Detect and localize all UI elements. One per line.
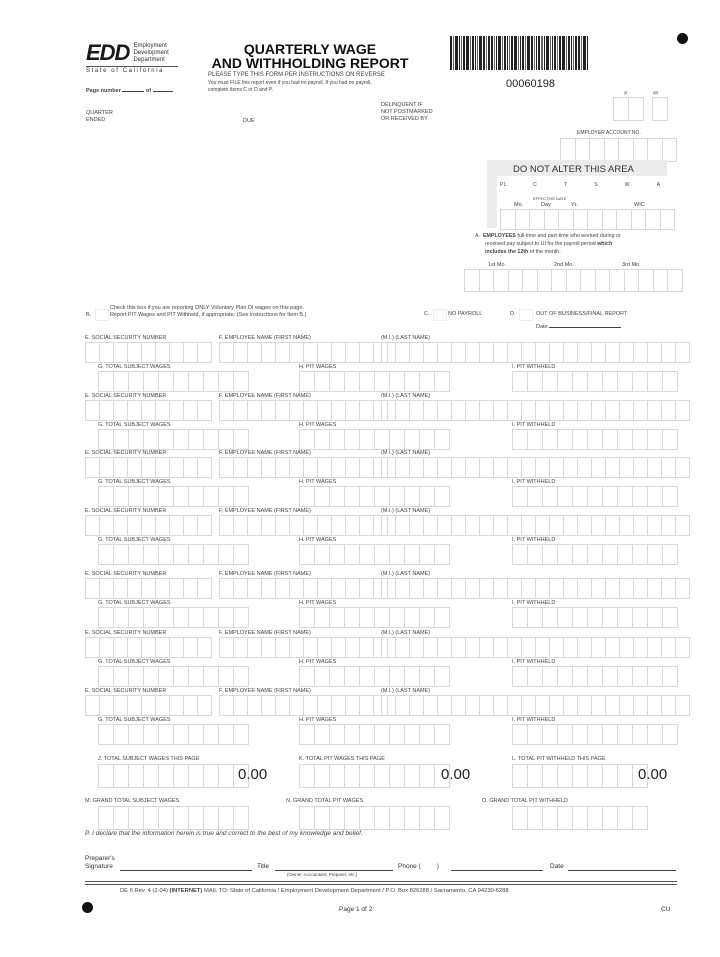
total-j-boxes[interactable]	[98, 764, 249, 788]
employee-count-boxes[interactable]	[464, 269, 683, 292]
total-k-label: K. TOTAL PIT WAGES THIS PAGE	[299, 756, 385, 762]
pit-withheld-label: I. PIT WITHHELD	[512, 600, 555, 606]
no-payroll-label: NO PAYROLL	[448, 311, 482, 317]
subject-wages-label: G. TOTAL SUBJECT WAGES	[98, 717, 171, 723]
of-label: of	[146, 88, 151, 94]
code-label: P1	[500, 182, 506, 188]
footer-mail-to: DE 6 Rev. 4 (2-04) (INTERNET) MAIL TO: S…	[120, 888, 509, 894]
page-number-input[interactable]	[122, 91, 144, 92]
pit-wages-boxes[interactable]	[299, 486, 450, 507]
last-name-boxes[interactable]	[381, 578, 690, 599]
subject-wages-boxes[interactable]	[98, 429, 249, 450]
pit-withheld-boxes[interactable]	[512, 544, 678, 565]
last-name-label: (M.I.) (LAST NAME)	[381, 630, 430, 636]
logo-dept-line: Employment	[133, 43, 168, 50]
payroll-instruction-1: You must FILE this report even if you ha…	[208, 80, 372, 86]
date-input[interactable]	[568, 862, 676, 871]
form-title: QUARTERLY WAGE AND WITHHOLDING REPORT	[200, 42, 420, 70]
ssn-label: E. SOCIAL SECURITY NUMBER	[85, 630, 166, 636]
first-name-label: F. EMPLOYEE NAME (FIRST NAME)	[219, 508, 311, 514]
first-name-boxes[interactable]	[219, 457, 388, 478]
pit-wages-label: H. PIT WAGES	[299, 537, 336, 543]
grand-total-n-label: N. GRAND TOTAL PIT WAGES	[286, 798, 363, 804]
grand-total-o-label: O. GRAND TOTAL PIT WITHHELD	[482, 798, 568, 804]
ssn-label: E. SOCIAL SECURITY NUMBER	[85, 571, 166, 577]
subject-wages-label: G. TOTAL SUBJECT WAGES	[98, 479, 171, 485]
ssn-boxes[interactable]	[85, 695, 212, 716]
footer-rule-1	[85, 881, 677, 882]
title-line-1: QUARTERLY WAGE	[200, 42, 420, 56]
first-name-label: F. EMPLOYEE NAME (FIRST NAME)	[219, 571, 311, 577]
page-total-input[interactable]	[153, 91, 173, 92]
subject-wages-boxes[interactable]	[98, 544, 249, 565]
do-not-alter-codes: P1CTSWA	[500, 182, 660, 188]
pit-wages-label: H. PIT WAGES	[299, 479, 336, 485]
yr-label-2: Yr.	[571, 202, 578, 208]
preparer-signature-input[interactable]	[120, 862, 252, 871]
footer-rule-2	[85, 884, 677, 885]
payroll-instruction-2: complete Items C or D and P.	[208, 87, 273, 93]
logo-state: State of California	[86, 66, 178, 74]
pit-withheld-boxes[interactable]	[512, 724, 678, 745]
first-name-boxes[interactable]	[219, 695, 388, 716]
pit-wages-boxes[interactable]	[299, 607, 450, 628]
total-j-value: 0.00	[238, 766, 267, 783]
ssn-boxes[interactable]	[85, 457, 212, 478]
grand-total-m-label: M. GRAND TOTAL SUBJECT WAGES	[85, 798, 179, 804]
total-l-boxes[interactable]	[512, 764, 648, 788]
grand-total-o-boxes[interactable]	[512, 806, 648, 830]
ssn-boxes[interactable]	[85, 637, 212, 658]
first-name-label: F. EMPLOYEE NAME (FIRST NAME)	[219, 688, 311, 694]
pit-withheld-label: I. PIT WITHHELD	[512, 479, 555, 485]
page-number-label: Page number	[86, 88, 121, 94]
first-name-boxes[interactable]	[219, 400, 388, 421]
ssn-boxes[interactable]	[85, 342, 212, 363]
first-name-label: F. EMPLOYEE NAME (FIRST NAME)	[219, 450, 311, 456]
code-label: C	[533, 182, 537, 188]
barcode	[450, 36, 625, 70]
ssn-boxes[interactable]	[85, 515, 212, 536]
effective-date-label: EFFECTIVE DATE	[533, 196, 566, 201]
ssn-label: E. SOCIAL SECURITY NUMBER	[85, 335, 166, 341]
pit-withheld-boxes[interactable]	[512, 371, 678, 392]
registration-mark-bottom	[82, 902, 93, 913]
delinquent-label: DELINQUENT IFNOT POSTMARKEDOR RECEIVED B…	[381, 102, 433, 123]
preparer-signature-label: Preparer'sSignature	[85, 855, 115, 871]
quarter-box[interactable]	[652, 97, 668, 121]
declaration-text: P. I declare that the information herein…	[85, 830, 363, 837]
total-l-label: L. TOTAL PIT WITHHELD THIS PAGE	[512, 756, 606, 762]
ssn-label: E. SOCIAL SECURITY NUMBER	[85, 508, 166, 514]
last-name-boxes[interactable]	[381, 457, 690, 478]
code-label: A	[657, 182, 660, 188]
section-b-letter: B.	[86, 312, 91, 318]
pit-wages-label: H. PIT WAGES	[299, 717, 336, 723]
pit-wages-label: H. PIT WAGES	[299, 600, 336, 606]
yr-label: yr	[624, 90, 628, 95]
ssn-boxes[interactable]	[85, 578, 212, 599]
out-of-business-date: Date	[536, 324, 621, 330]
title-hint: (Owner, Accountant, Preparer, etc.)	[287, 872, 357, 877]
subject-wages-label: G. TOTAL SUBJECT WAGES	[98, 600, 171, 606]
employer-account-boxes[interactable]	[560, 138, 677, 162]
pit-withheld-label: I. PIT WITHHELD	[512, 537, 555, 543]
section-d-letter: D.	[510, 311, 516, 317]
first-name-boxes[interactable]	[219, 342, 388, 363]
subject-wages-boxes[interactable]	[98, 486, 249, 507]
pit-withheld-boxes[interactable]	[512, 486, 678, 507]
month-2-label: 2nd Mo.	[554, 262, 574, 268]
pit-wages-boxes[interactable]	[299, 544, 450, 565]
ssn-boxes[interactable]	[85, 400, 212, 421]
pit-withheld-boxes[interactable]	[512, 429, 678, 450]
wic-label: WIC	[634, 202, 645, 208]
pit-wages-boxes[interactable]	[299, 429, 450, 450]
last-name-boxes[interactable]	[381, 400, 690, 421]
edd-logo: EDD Employment Development Department St…	[86, 40, 178, 74]
last-name-boxes[interactable]	[381, 342, 690, 363]
total-k-boxes[interactable]	[299, 764, 450, 788]
pit-wages-label: H. PIT WAGES	[299, 364, 336, 370]
out-of-business-date-input[interactable]	[549, 327, 621, 328]
effective-date-boxes	[500, 209, 675, 230]
subject-wages-label: G. TOTAL SUBJECT WAGES	[98, 537, 171, 543]
last-name-boxes[interactable]	[381, 515, 690, 536]
due-label: DUE	[243, 118, 255, 124]
last-name-label: (M.I.) (LAST NAME)	[381, 393, 430, 399]
pit-withheld-boxes[interactable]	[512, 607, 678, 628]
pit-withheld-boxes[interactable]	[512, 666, 678, 687]
qtr-label: qtr	[653, 90, 658, 95]
ssn-label: E. SOCIAL SECURITY NUMBER	[85, 450, 166, 456]
grand-total-m-boxes[interactable]	[98, 806, 249, 830]
subject-wages-boxes[interactable]	[98, 371, 249, 392]
last-name-boxes[interactable]	[381, 637, 690, 658]
month-3-label: 3rd Mo.	[622, 262, 641, 268]
page-number-field: Page number of	[86, 88, 173, 94]
last-name-label: (M.I.) (LAST NAME)	[381, 688, 430, 694]
do-not-alter-title: DO NOT ALTER THIS AREA	[513, 164, 634, 175]
pit-wages-label: H. PIT WAGES	[299, 659, 336, 665]
ssn-label: E. SOCIAL SECURITY NUMBER	[85, 393, 166, 399]
first-name-boxes[interactable]	[219, 637, 388, 658]
pit-wages-boxes[interactable]	[299, 724, 450, 745]
last-name-boxes[interactable]	[381, 695, 690, 716]
mo-label: Mo.	[514, 202, 523, 208]
quarter-ended-label: QUARTERENDED	[86, 110, 113, 124]
last-name-label: (M.I.) (LAST NAME)	[381, 571, 430, 577]
section-c-letter: C.	[424, 311, 430, 317]
first-name-label: F. EMPLOYEE NAME (FIRST NAME)	[219, 393, 311, 399]
pit-wages-boxes[interactable]	[299, 666, 450, 687]
first-name-label: F. EMPLOYEE NAME (FIRST NAME)	[219, 335, 311, 341]
last-name-label: (M.I.) (LAST NAME)	[381, 450, 430, 456]
pit-withheld-label: I. PIT WITHHELD	[512, 659, 555, 665]
page-indicator: Page 1 of 2	[339, 906, 372, 913]
subject-wages-boxes[interactable]	[98, 666, 249, 687]
subject-wages-boxes[interactable]	[98, 724, 249, 745]
out-of-business-label: OUT OF BUSINESS/FINAL REPORT	[536, 311, 627, 317]
phone-input[interactable]	[451, 862, 543, 871]
subject-wages-label: G. TOTAL SUBJECT WAGES	[98, 422, 171, 428]
barcode-number: 00060198	[506, 78, 555, 90]
section-b-text: Check this box if you are reporting ONLY…	[110, 305, 306, 319]
logo-dept-line: Development	[133, 50, 168, 57]
title-input[interactable]	[275, 862, 393, 871]
pit-withheld-label: I. PIT WITHHELD	[512, 717, 555, 723]
grand-total-n-boxes[interactable]	[299, 806, 450, 830]
pit-wages-label: H. PIT WAGES	[299, 422, 336, 428]
registration-mark-top	[677, 33, 688, 44]
first-name-boxes[interactable]	[219, 515, 388, 536]
total-j-label: J. TOTAL SUBJECT WAGES THIS PAGE	[98, 756, 199, 762]
code-label: T	[564, 182, 567, 188]
subject-wages-label: G. TOTAL SUBJECT WAGES	[98, 659, 171, 665]
pit-withheld-label: I. PIT WITHHELD	[512, 422, 555, 428]
subject-wages-boxes[interactable]	[98, 607, 249, 628]
out-of-business-checkbox[interactable]	[519, 309, 533, 321]
month-1-label: 1st Mo.	[488, 262, 506, 268]
code-label: S	[594, 182, 597, 188]
employer-account-label: EMPLOYER ACCOUNT NO.	[577, 130, 641, 136]
pit-wages-boxes[interactable]	[299, 371, 450, 392]
day-label: Day	[541, 202, 551, 208]
last-name-label: (M.I.) (LAST NAME)	[381, 335, 430, 341]
voluntary-plan-checkbox[interactable]	[95, 309, 109, 321]
first-name-label: F. EMPLOYEE NAME (FIRST NAME)	[219, 630, 311, 636]
total-l-value: 0.00	[638, 766, 667, 783]
ssn-label: E. SOCIAL SECURITY NUMBER	[85, 688, 166, 694]
pit-withheld-label: I. PIT WITHHELD	[512, 364, 555, 370]
logo-dept-line: Department	[133, 57, 168, 64]
section-a: A. EMPLOYEES full-time and part-time who…	[475, 232, 621, 256]
phone-label: Phone ()	[398, 863, 439, 870]
type-instruction: PLEASE TYPE THIS FORM PER INSTRUCTIONS O…	[208, 72, 385, 78]
edd-logo-mark: EDD	[86, 40, 129, 66]
code-label: W	[625, 182, 630, 188]
total-k-value: 0.00	[441, 766, 470, 783]
date-label: Date	[550, 863, 564, 870]
no-payroll-checkbox[interactable]	[433, 309, 447, 321]
subject-wages-label: G. TOTAL SUBJECT WAGES	[98, 364, 171, 370]
last-name-label: (M.I.) (LAST NAME)	[381, 508, 430, 514]
form-code: CU	[661, 906, 670, 913]
title-label: Title	[257, 863, 269, 870]
year-boxes[interactable]	[613, 97, 644, 121]
first-name-boxes[interactable]	[219, 578, 388, 599]
title-line-2: AND WITHHOLDING REPORT	[200, 56, 420, 70]
